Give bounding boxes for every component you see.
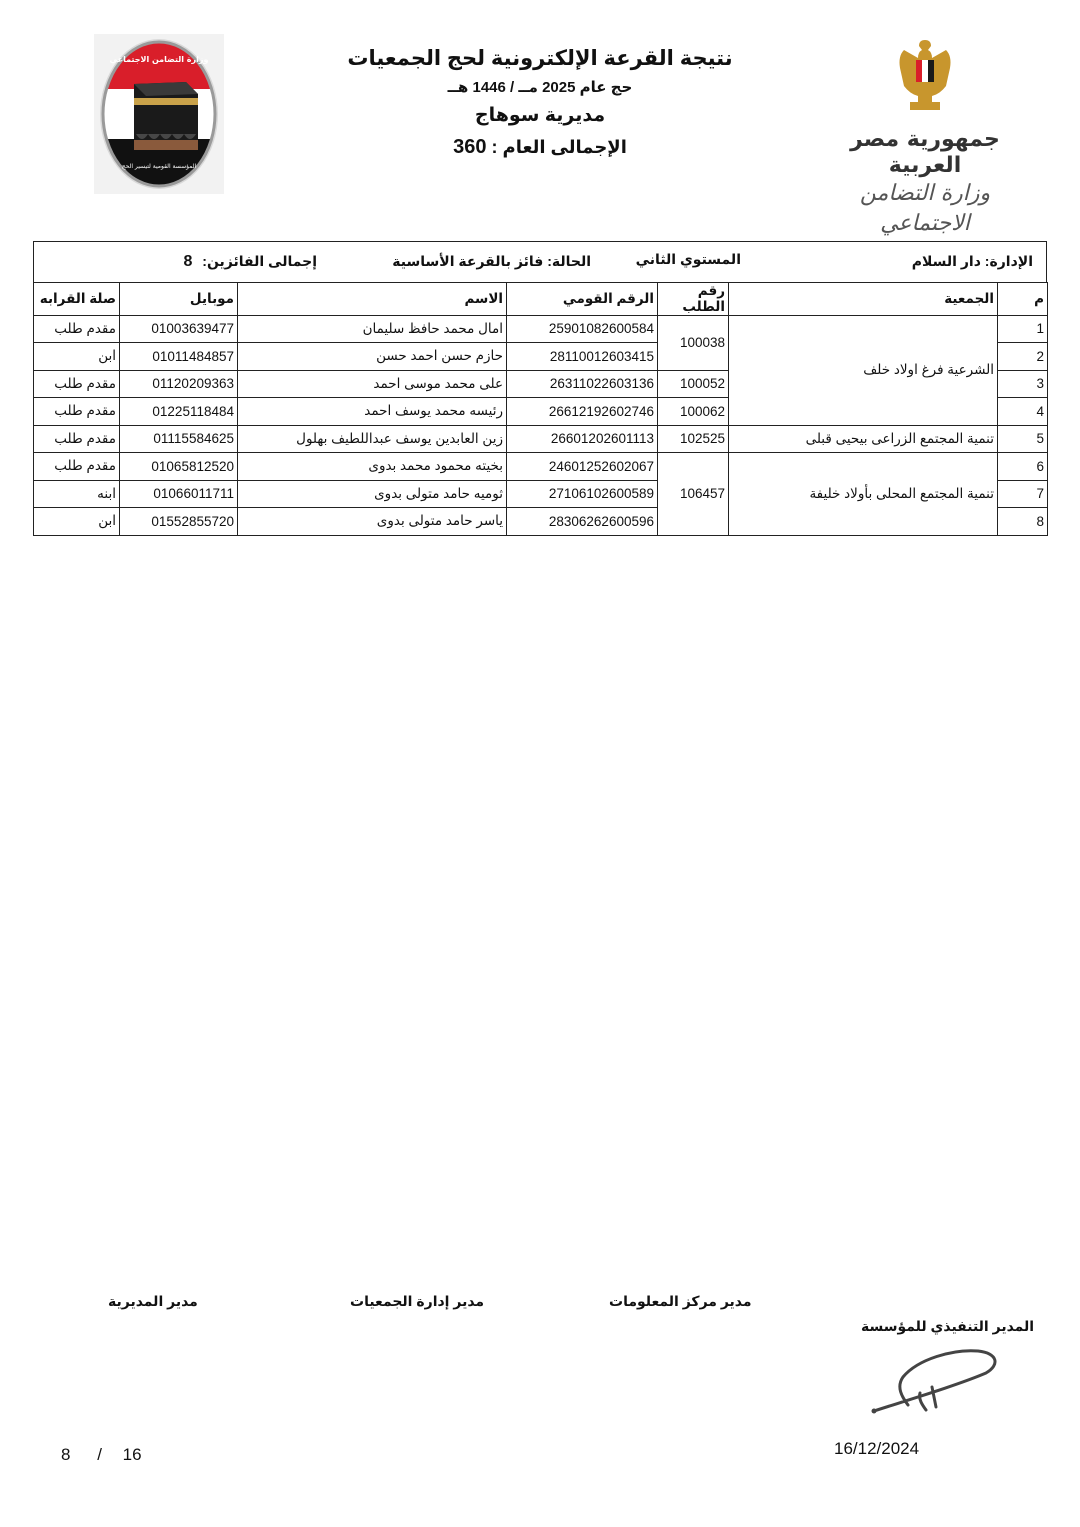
handwritten-signature: [868, 1345, 1003, 1420]
col-header-relation: صلة القرابه: [34, 282, 120, 315]
name-cell: ياسر حامد متولى بدوى: [238, 508, 507, 536]
admin-label: الإدارة:: [985, 253, 1033, 269]
signature-info-center-manager: مدير مركز المعلومات: [609, 1293, 752, 1310]
row-index: 2: [998, 343, 1048, 371]
winners-field: إجمالى الفائزين: 8: [183, 253, 317, 271]
level-value: المستوي الثاني: [636, 251, 741, 268]
relation-cell: مقدم طلب: [34, 315, 120, 343]
hajj-year: حج عام 2025 مــ / 1446 هــ: [340, 76, 740, 100]
document-date: 16/12/2024: [834, 1439, 919, 1459]
name-cell: حازم حسن احمد حسن: [238, 343, 507, 371]
status-field: الحالة: فائز بالقرعة الأساسية: [392, 253, 591, 270]
table-row: 6 تنمية المجتمع المحلى بأولاد خليفة 1064…: [34, 453, 1048, 481]
name-cell: ثوميه حامد متولى بدوى: [238, 480, 507, 508]
relation-cell: مقدم طلب: [34, 425, 120, 453]
status-value: فائز بالقرعة الأساسية: [392, 253, 543, 269]
national-id-cell: 27106102600589: [507, 480, 658, 508]
request-no-cell: 102525: [658, 425, 729, 453]
signature-executive-director: المدير التنفيذي للمؤسسة: [861, 1318, 1034, 1335]
national-id-cell: 28110012603415: [507, 343, 658, 371]
col-header-index: م: [998, 282, 1048, 315]
association-cell: الشرعية فرغ اولاد خلف: [729, 315, 998, 425]
national-id-cell: 26311022603136: [507, 370, 658, 398]
national-id-cell: 26601202601113: [507, 425, 658, 453]
col-header-mobile: موبايل: [120, 282, 238, 315]
grand-total-label: الإجمالى العام :: [492, 137, 627, 157]
national-id-cell: 28306262600596: [507, 508, 658, 536]
mobile-cell: 01066011711: [120, 480, 238, 508]
table-row: 1 الشرعية فرغ اولاد خلف 100038 259010826…: [34, 315, 1048, 343]
name-cell: امال محمد حافظ سليمان: [238, 315, 507, 343]
row-index: 4: [998, 398, 1048, 426]
table-header-row: م الجمعية رقم الطلب الرقم القومي الاسم م…: [34, 282, 1048, 315]
status-label: الحالة:: [547, 253, 591, 269]
name-cell: زين العابدين يوسف عبداللطيف بهلول: [238, 425, 507, 453]
row-index: 6: [998, 453, 1048, 481]
page-current: 8: [61, 1445, 70, 1464]
mobile-cell: 01225118484: [120, 398, 238, 426]
mobile-cell: 01065812520: [120, 453, 238, 481]
svg-text:وزارة التضامن الاجتماعي: وزارة التضامن الاجتماعي: [110, 55, 209, 64]
hajj-institution-logo: وزارة التضامن الاجتماعي المؤسسة القومية …: [94, 34, 224, 194]
document-header: نتيجة القرعة الإلكترونية لحج الجمعيات حج…: [340, 44, 740, 162]
name-cell: على محمد موسى احمد: [238, 370, 507, 398]
name-cell: بخيته محمود محمد بدوى: [238, 453, 507, 481]
signature-directorate-manager: مدير المديرية: [108, 1293, 198, 1310]
national-id-cell: 24601252602067: [507, 453, 658, 481]
row-index: 7: [998, 480, 1048, 508]
table-row: 5 تنمية المجتمع الزراعى بيحيى قبلى 10252…: [34, 425, 1048, 453]
name-cell: رئيسه محمد يوسف احمد: [238, 398, 507, 426]
signature-associations-manager: مدير إدارة الجمعيات: [350, 1293, 484, 1310]
svg-text:المؤسسة القومية لتيسير الحج: المؤسسة القومية لتيسير الحج: [122, 163, 197, 170]
page-indicator: 8 / 16: [61, 1445, 142, 1465]
relation-cell: مقدم طلب: [34, 453, 120, 481]
directorate-name: مديرية سوهاج: [340, 102, 740, 130]
national-id-cell: 26612192602746: [507, 398, 658, 426]
page-total: 16: [123, 1445, 142, 1464]
relation-cell: ابن: [34, 343, 120, 371]
country-name: جمهورية مصر العربية: [830, 127, 1020, 179]
admin-field: الإدارة: دار السلام: [912, 253, 1033, 270]
relation-cell: مقدم طلب: [34, 370, 120, 398]
relation-cell: مقدم طلب: [34, 398, 120, 426]
association-cell: تنمية المجتمع المحلى بأولاد خليفة: [729, 453, 998, 536]
request-no-cell: 100038: [658, 315, 729, 370]
col-header-request-no: رقم الطلب: [658, 282, 729, 315]
relation-cell: ابن: [34, 508, 120, 536]
winners-label: إجمالى الفائزين:: [202, 253, 317, 269]
mobile-cell: 01115584625: [120, 425, 238, 453]
results-table: م الجمعية رقم الطلب الرقم القومي الاسم م…: [33, 282, 1048, 536]
document-title: نتيجة القرعة الإلكترونية لحج الجمعيات: [340, 44, 740, 74]
results-table-container: الإدارة: دار السلام المستوي الثاني الحال…: [33, 241, 1047, 536]
egypt-eagle-icon: [890, 36, 960, 116]
request-no-cell: 100062: [658, 398, 729, 426]
request-no-cell: 106457: [658, 453, 729, 536]
info-bar: الإدارة: دار السلام المستوي الثاني الحال…: [33, 241, 1047, 283]
national-id-cell: 25901082600584: [507, 315, 658, 343]
winners-value: 8: [183, 253, 192, 270]
mobile-cell: 01552855720: [120, 508, 238, 536]
association-cell: تنمية المجتمع الزراعى بيحيى قبلى: [729, 425, 998, 453]
request-no-cell: 100052: [658, 370, 729, 398]
admin-value: دار السلام: [912, 253, 981, 269]
mobile-cell: 01120209363: [120, 370, 238, 398]
col-header-association: الجمعية: [729, 282, 998, 315]
kaaba-emblem-icon: وزارة التضامن الاجتماعي المؤسسة القومية …: [94, 34, 224, 194]
col-header-name: الاسم: [238, 282, 507, 315]
row-index: 8: [998, 508, 1048, 536]
page-separator: /: [97, 1445, 102, 1464]
row-index: 3: [998, 370, 1048, 398]
ministry-name: وزارة التضامن الاجتماعي: [830, 179, 1020, 239]
relation-cell: ابنه: [34, 480, 120, 508]
row-index: 1: [998, 315, 1048, 343]
mobile-cell: 01011484857: [120, 343, 238, 371]
row-index: 5: [998, 425, 1048, 453]
signature-scribble-icon: [868, 1345, 1003, 1420]
mobile-cell: 01003639477: [120, 315, 238, 343]
ministry-logo: جمهورية مصر العربية وزارة التضامن الاجتم…: [830, 36, 1020, 196]
grand-total-value: 360: [453, 136, 486, 158]
col-header-national-id: الرقم القومي: [507, 282, 658, 315]
grand-total: الإجمالى العام : 360: [340, 132, 740, 162]
